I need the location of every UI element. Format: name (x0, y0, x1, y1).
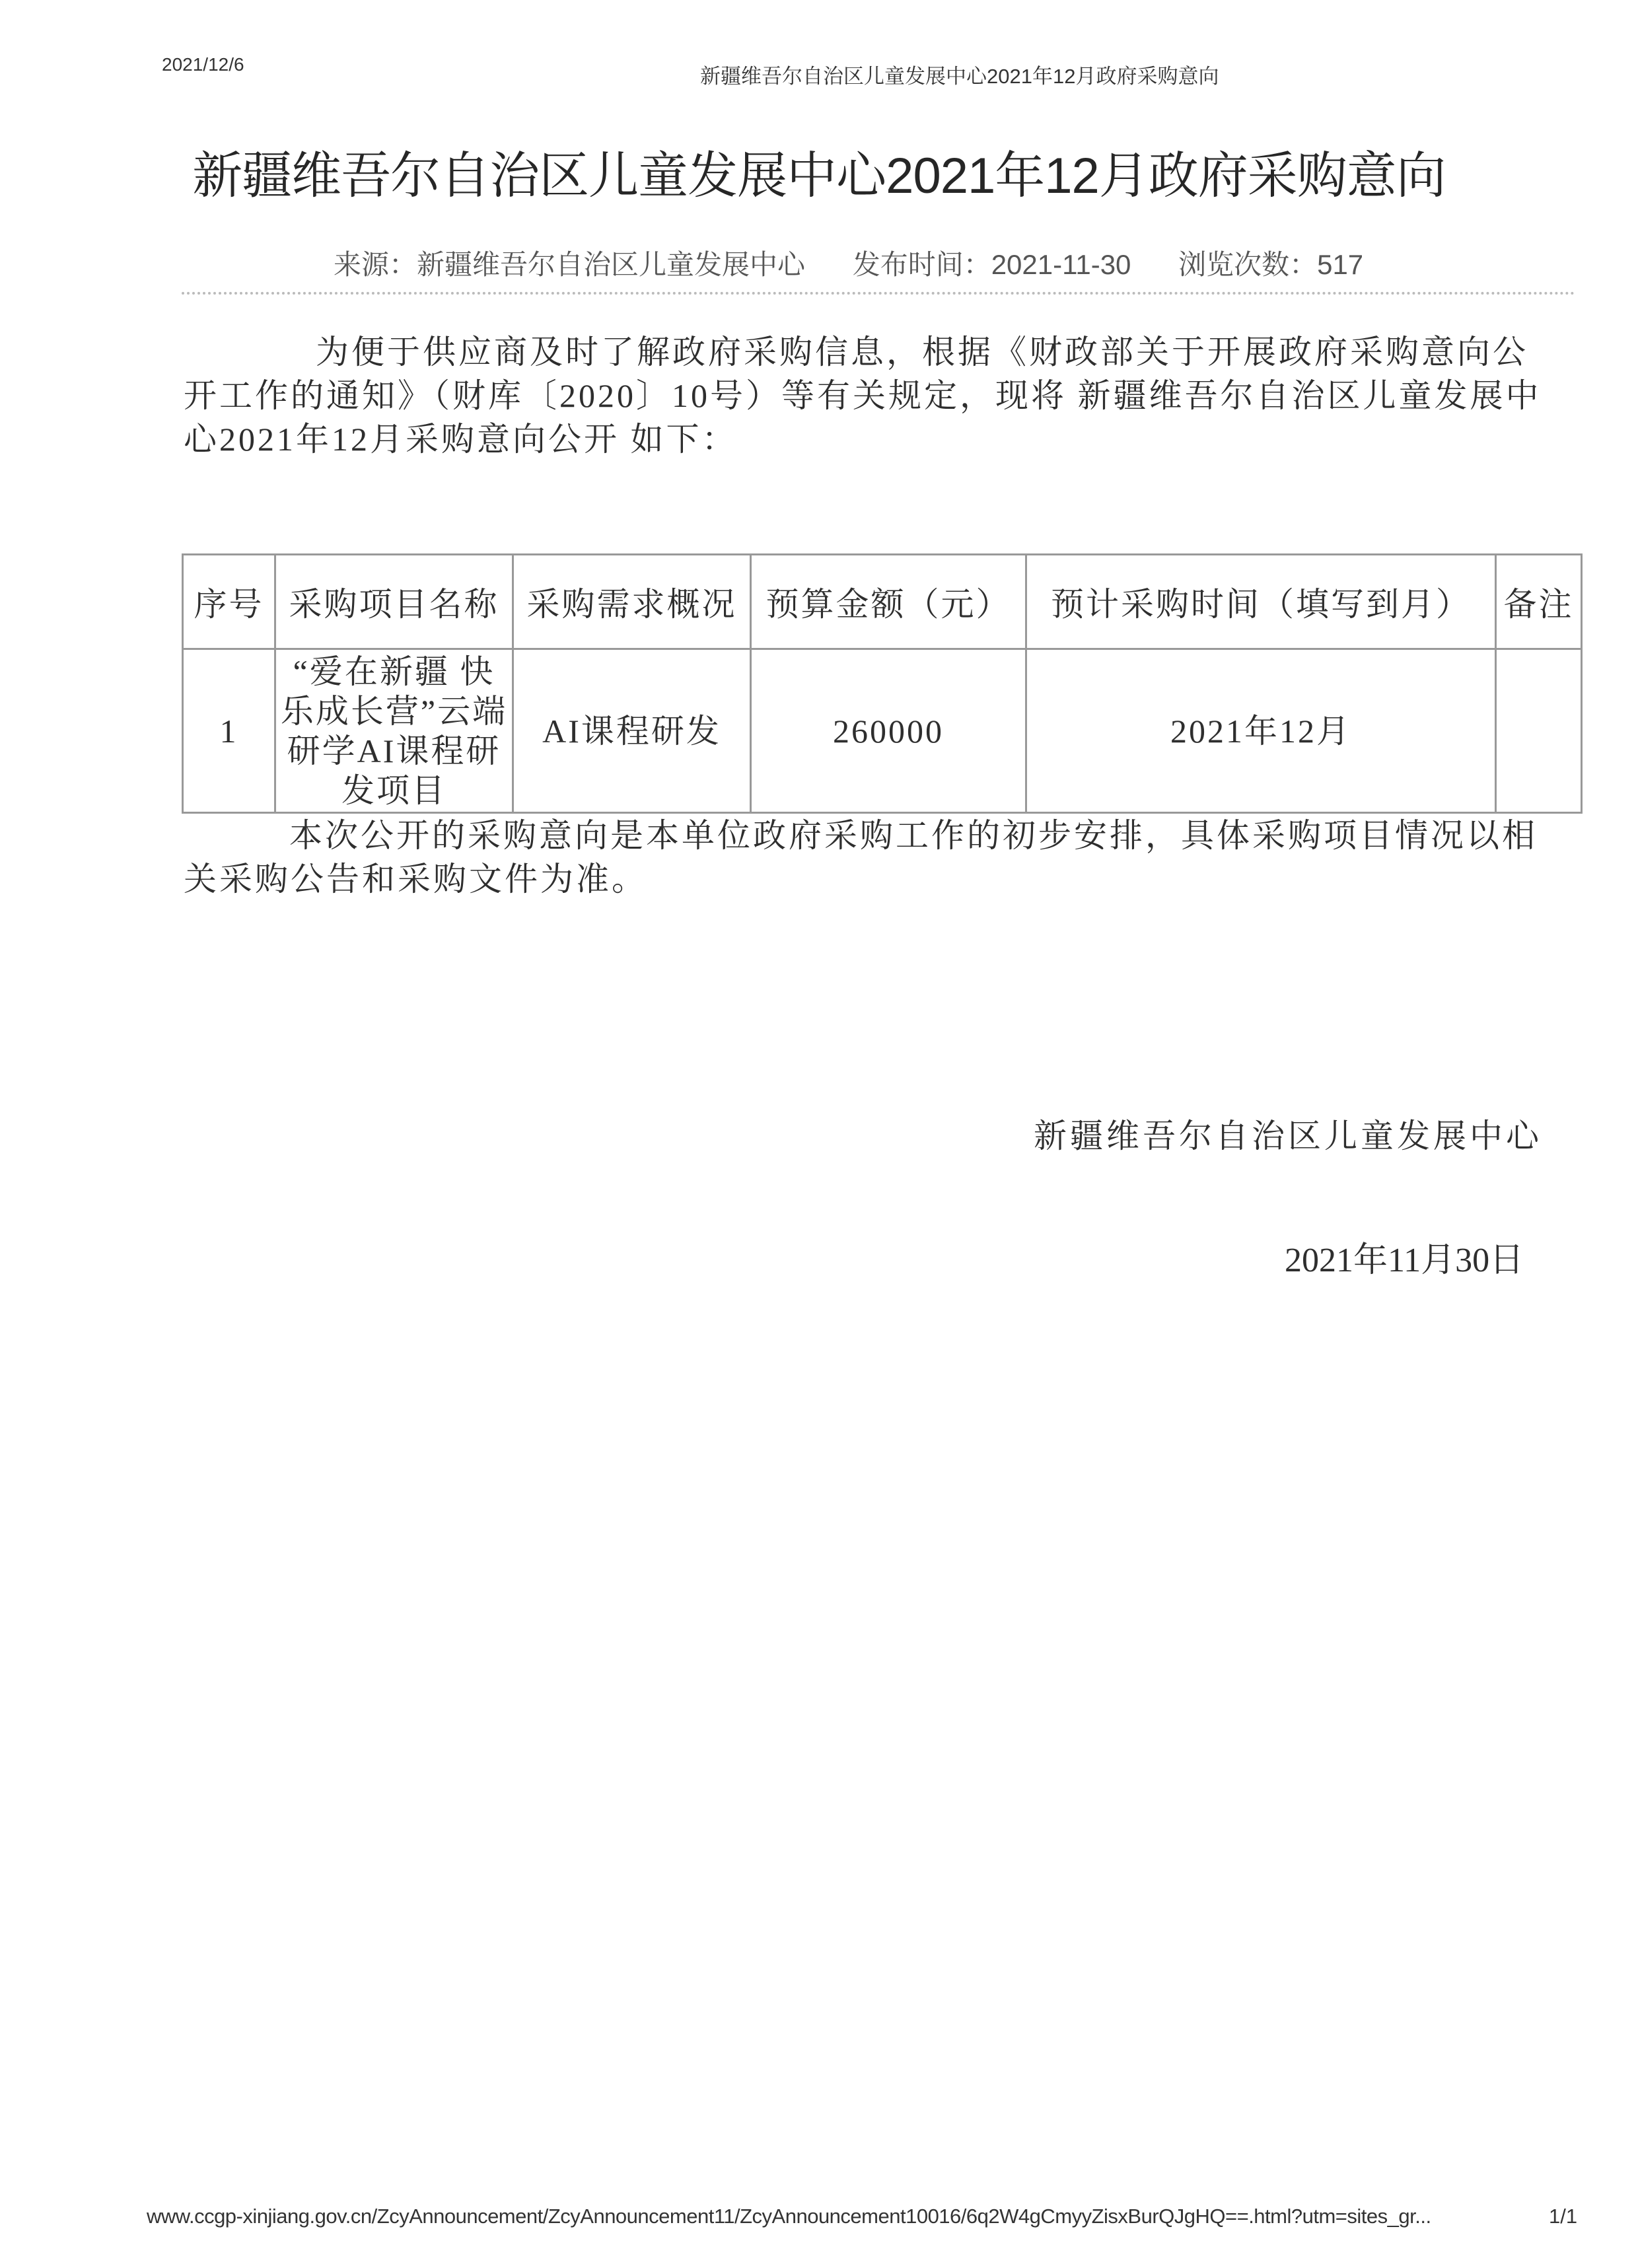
col-header-expected-time: 预计采购时间（填写到月） (1026, 555, 1496, 649)
view-count: 浏览次数：517 (1178, 249, 1363, 280)
signature-date: 2021年11月30日 (1285, 1232, 1524, 1281)
meta-line: 来源：新疆维吾尔自治区儿童发展中心 发布时间：2021-11-30 浏览次数：5… (334, 243, 1403, 283)
print-footer-page: 1/1 (1549, 2205, 1577, 2228)
print-date: 2021/12/6 (162, 54, 244, 75)
published-date: 发布时间：2021-11-30 (853, 249, 1131, 280)
divider (182, 292, 1575, 295)
cell-expected-time: 2021年12月 (1026, 649, 1496, 813)
source-label: 来源：新疆维吾尔自治区儿童发展中心 (334, 249, 805, 280)
procurement-table: 序号 采购项目名称 采购需求概况 预算金额（元） 预计采购时间（填写到月） 备注… (182, 553, 1583, 814)
col-header-requirement: 采购需求概况 (513, 555, 751, 649)
col-header-project-name: 采购项目名称 (275, 555, 513, 649)
col-header-remark: 备注 (1496, 555, 1582, 649)
print-footer-url: www.ccgp-xinjiang.gov.cn/ZcyAnnouncement… (147, 2205, 1431, 2228)
col-header-budget: 预算金额（元） (751, 555, 1026, 649)
cell-index: 1 (183, 649, 275, 813)
table-header-row: 序号 采购项目名称 采购需求概况 预算金额（元） 预计采购时间（填写到月） 备注 (183, 555, 1582, 649)
cell-requirement: AI课程研发 (513, 649, 751, 813)
table-row: 1 “爱在新疆 快乐成长营”云端研学AI课程研发项目 AI课程研发 260000… (183, 649, 1582, 813)
closing-paragraph: 本次公开的采购意向是本单位政府采购工作的初步安排，具体采购项目情况以相关采购公告… (184, 814, 1557, 901)
signature-organization: 新疆维吾尔自治区儿童发展中心 (1034, 1110, 1542, 1157)
print-header-title: 新疆维吾尔自治区儿童发展中心2021年12月政府采购意向 (700, 59, 1219, 89)
cell-budget: 260000 (751, 649, 1026, 813)
intro-paragraph: 为便于供应商及时了解政府采购信息，根据《财政部关于开展政府采购意向公开工作的通知… (184, 330, 1557, 461)
cell-project-name: “爱在新疆 快乐成长营”云端研学AI课程研发项目 (275, 649, 513, 813)
page-title: 新疆维吾尔自治区儿童发展中心2021年12月政府采购意向 (0, 135, 1638, 207)
col-header-index: 序号 (183, 555, 275, 649)
cell-remark (1496, 649, 1582, 813)
